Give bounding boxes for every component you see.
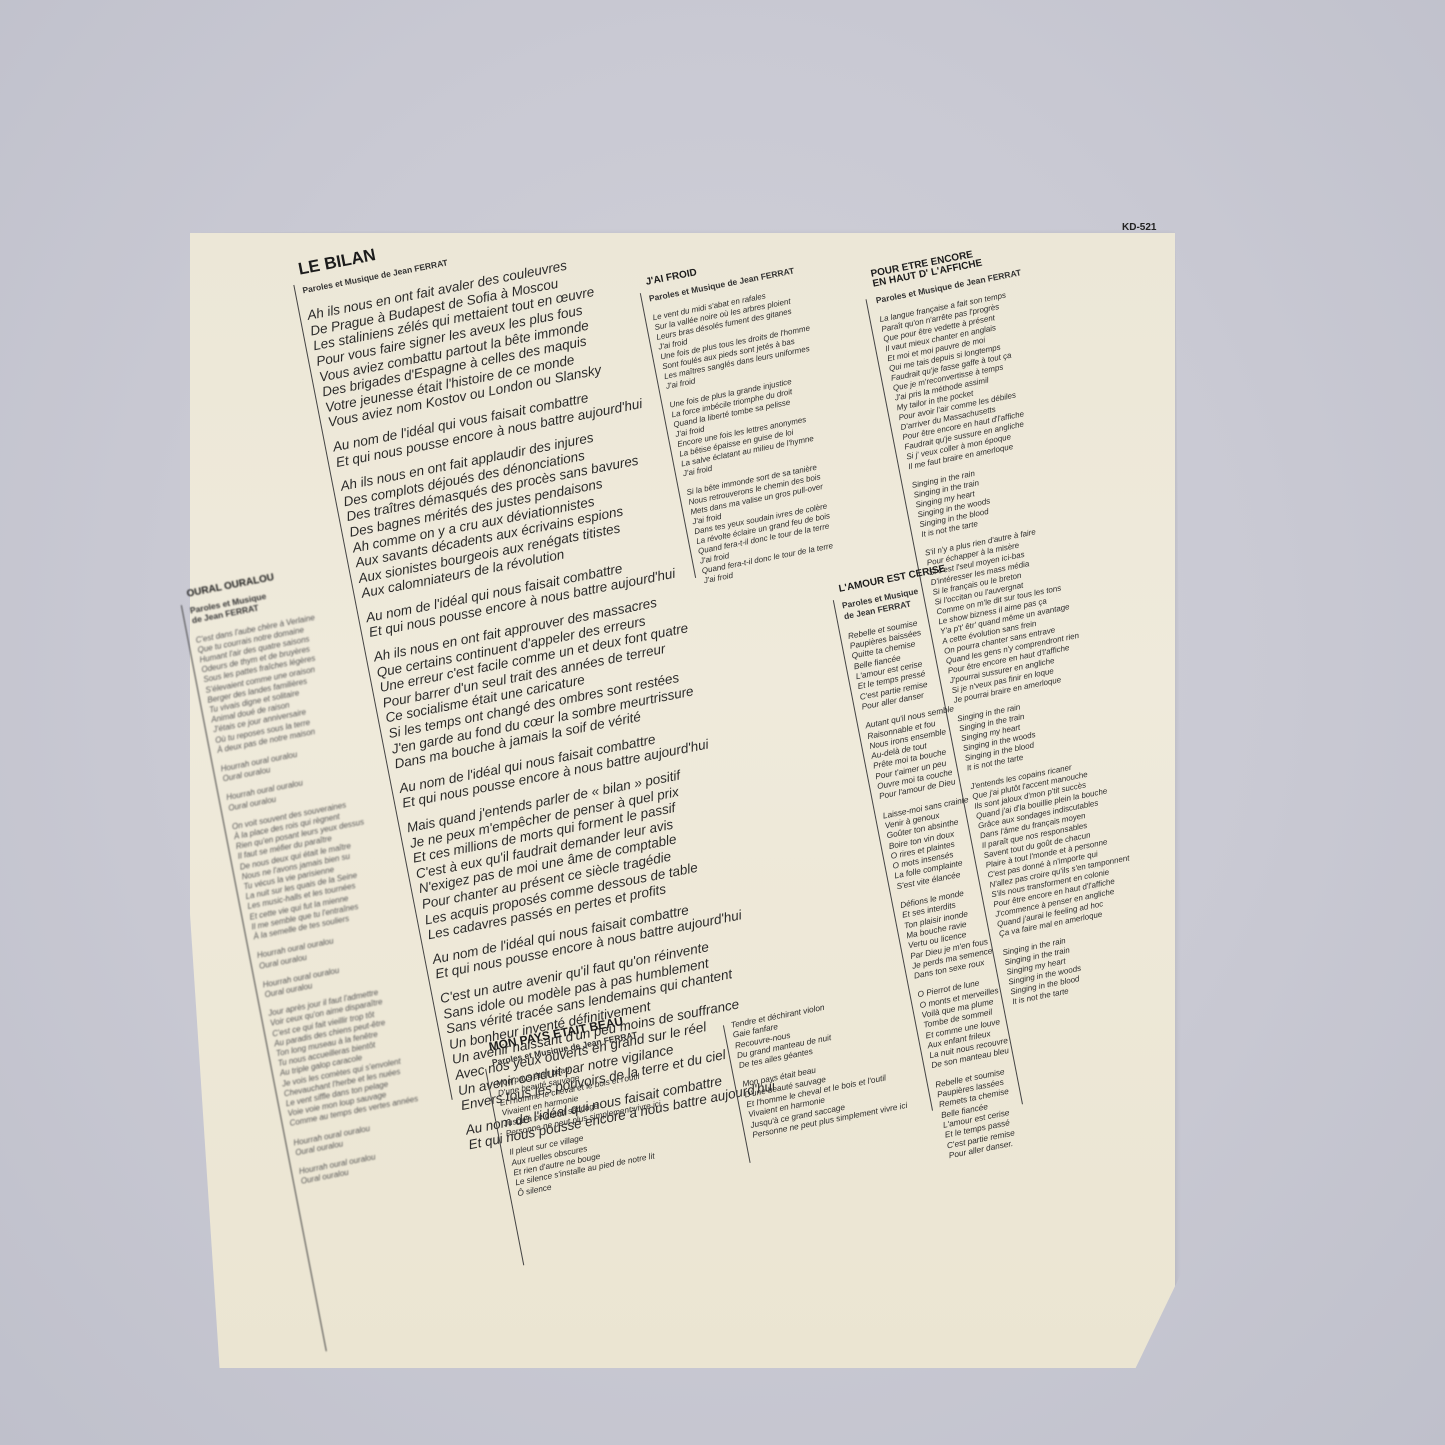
stanza: C'est dans l'aube chère à VerlaineQue tu… — [195, 611, 347, 756]
lyrics: Mon pays était beauD'une beauté sauvageE… — [495, 1048, 673, 1198]
stanza: On voit souvent des souverainesÀ la plac… — [231, 798, 383, 943]
stanza: Jour après jour il faut l'admettreVoir c… — [267, 984, 419, 1129]
catalog-number: KD-521 — [1122, 222, 1156, 233]
stanza: Rebelle et soumisePaupières lasséesRemet… — [934, 1059, 1056, 1161]
stanza: Défions le mondeEt ses interditsTon plai… — [899, 879, 1021, 981]
stanza: La langue française a fait son tempsPara… — [879, 287, 1055, 472]
stanza: Rebelle et soumisePaupières baisséesQuit… — [847, 610, 969, 712]
stanza: Si la bête immonde sort de sa tanièreNou… — [686, 459, 855, 586]
stanza: O Pierrot de luneO monts et merveillesVo… — [917, 969, 1039, 1071]
song-mon-pays-etait-beau: MON PAYS ÉTAIT BEAU Paroles et Musique d… — [488, 1012, 675, 1207]
stanza: Laisse-moi sans crainteVenir à genouxGoû… — [882, 790, 1004, 892]
stanza: Autant qu'il nous sembleRaisonnable et f… — [864, 700, 986, 802]
